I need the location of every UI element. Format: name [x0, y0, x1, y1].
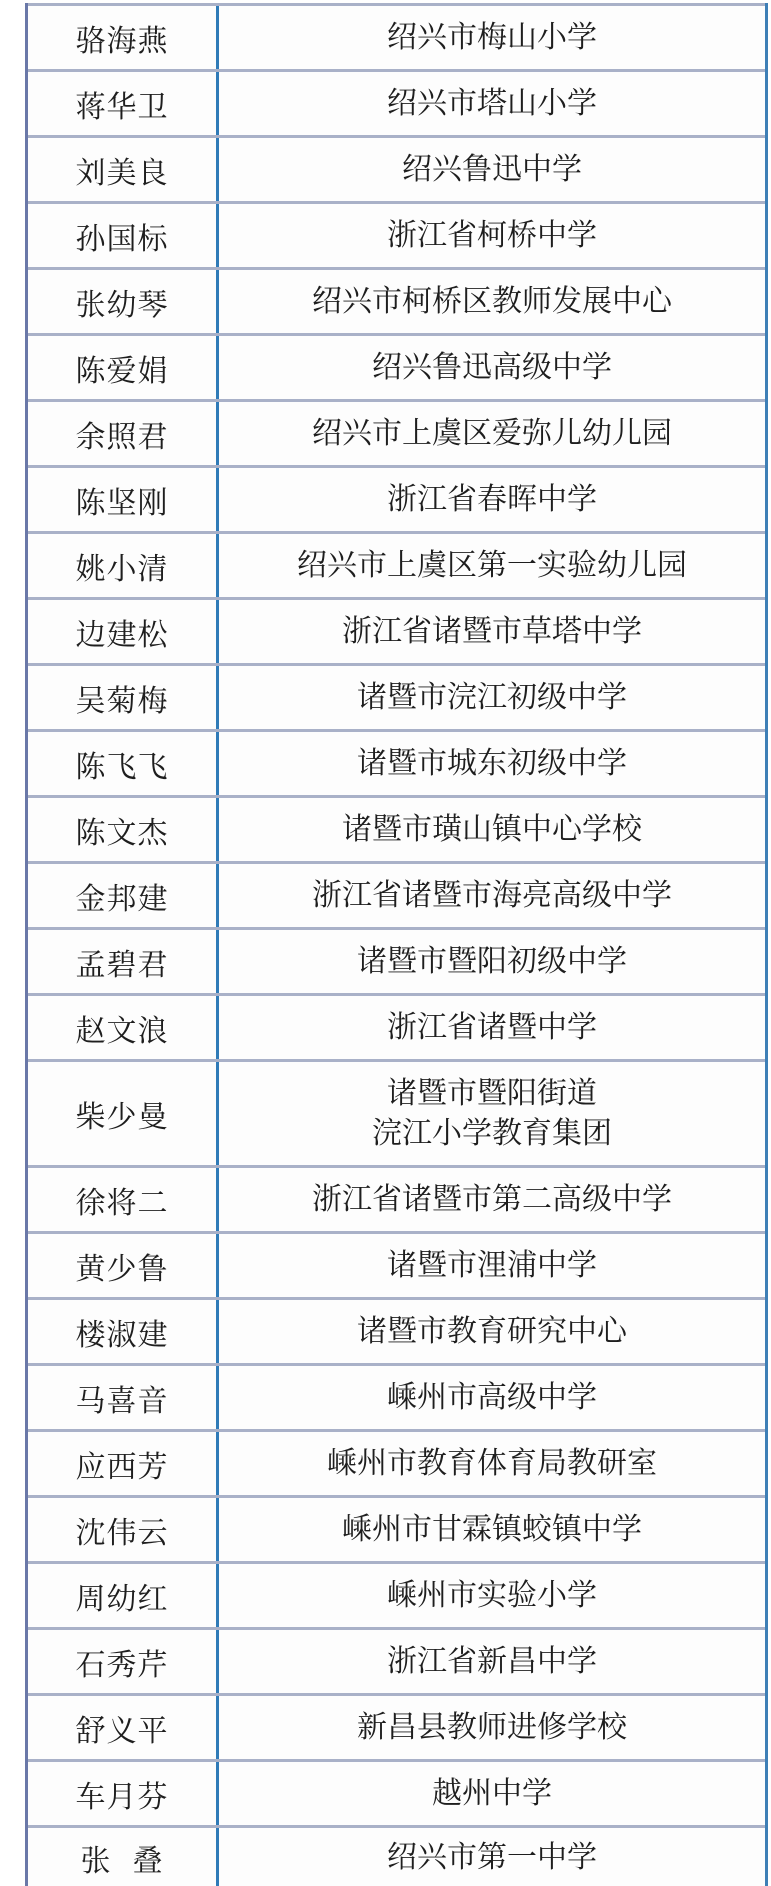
- school-cell: 绍兴市上虞区爱弥儿幼儿园: [219, 402, 765, 465]
- school-name-line: 浣江小学教育集团: [372, 1114, 612, 1154]
- table-row: 赵文浪浙江省诸暨中学: [28, 993, 765, 1059]
- school-name-line: 绍兴市第一中学: [387, 1838, 597, 1878]
- table-row: 徐将二浙江省诸暨市第二高级中学: [28, 1165, 765, 1231]
- teacher-name-cell: 孟碧君: [28, 930, 219, 993]
- school-cell: 绍兴鲁迅中学: [219, 138, 765, 201]
- teacher-name-cell: 车月芬: [28, 1762, 219, 1825]
- school-cell: 诸暨市浬浦中学: [219, 1234, 765, 1297]
- school-cell: 诸暨市暨阳初级中学: [219, 930, 765, 993]
- table-row: 舒义平新昌县教师进修学校: [28, 1693, 765, 1759]
- teacher-name-cell: 孙国标: [28, 204, 219, 267]
- table-row: 陈飞飞诸暨市城东初级中学: [28, 729, 765, 795]
- school-name-line: 新昌县教师进修学校: [357, 1708, 627, 1748]
- table-row: 刘美良绍兴鲁迅中学: [28, 135, 765, 201]
- teacher-name-cell: 楼淑建: [28, 1300, 219, 1363]
- school-name-line: 浙江省新昌中学: [387, 1642, 597, 1682]
- school-cell: 浙江省诸暨市第二高级中学: [219, 1168, 765, 1231]
- table-row: 蒋华卫绍兴市塔山小学: [28, 69, 765, 135]
- table-row: 吴菊梅诸暨市浣江初级中学: [28, 663, 765, 729]
- teacher-name-cell: 陈坚刚: [28, 468, 219, 531]
- school-name-line: 浙江省诸暨市海亮高级中学: [312, 876, 672, 916]
- school-cell: 浙江省诸暨市草塔中学: [219, 600, 765, 663]
- table-row: 骆海燕绍兴市梅山小学: [28, 3, 765, 69]
- school-name-line: 诸暨市暨阳初级中学: [357, 942, 627, 982]
- table-row: 应西芳嵊州市教育体育局教研室: [28, 1429, 765, 1495]
- table-row: 马喜音嵊州市高级中学: [28, 1363, 765, 1429]
- table-row: 孟碧君诸暨市暨阳初级中学: [28, 927, 765, 993]
- table-row: 张幼琴绍兴市柯桥区教师发展中心: [28, 267, 765, 333]
- school-name-line: 绍兴鲁迅高级中学: [372, 348, 612, 388]
- school-name-line: 诸暨市城东初级中学: [357, 744, 627, 784]
- teacher-name-cell: 骆海燕: [28, 6, 219, 69]
- school-cell: 绍兴市上虞区第一实验幼儿园: [219, 534, 765, 597]
- school-cell: 浙江省春晖中学: [219, 468, 765, 531]
- teacher-name-cell: 张 叠: [28, 1828, 219, 1886]
- teacher-name-cell: 柴少曼: [28, 1062, 219, 1165]
- teacher-name-cell: 石秀芹: [28, 1630, 219, 1693]
- teacher-name-cell: 应西芳: [28, 1432, 219, 1495]
- teacher-name-cell: 陈爱娟: [28, 336, 219, 399]
- school-name-line: 诸暨市教育研究中心: [357, 1312, 627, 1352]
- school-cell: 诸暨市暨阳街道浣江小学教育集团: [219, 1062, 765, 1165]
- teacher-name-cell: 陈文杰: [28, 798, 219, 861]
- school-name-line: 嵊州市教育体育局教研室: [327, 1444, 657, 1484]
- teacher-name-cell: 陈飞飞: [28, 732, 219, 795]
- table-row: 石秀芹浙江省新昌中学: [28, 1627, 765, 1693]
- school-cell: 新昌县教师进修学校: [219, 1696, 765, 1759]
- school-name-line: 绍兴市上虞区第一实验幼儿园: [297, 546, 687, 586]
- school-name-line: 嵊州市高级中学: [387, 1378, 597, 1418]
- school-cell: 嵊州市甘霖镇蛟镇中学: [219, 1498, 765, 1561]
- teacher-name-cell: 马喜音: [28, 1366, 219, 1429]
- teacher-name-cell: 刘美良: [28, 138, 219, 201]
- school-name-line: 绍兴鲁迅中学: [402, 150, 582, 190]
- teacher-school-table: 骆海燕绍兴市梅山小学蒋华卫绍兴市塔山小学刘美良绍兴鲁迅中学孙国标浙江省柯桥中学张…: [25, 3, 768, 1886]
- teacher-name-cell: 姚小清: [28, 534, 219, 597]
- table-row: 孙国标浙江省柯桥中学: [28, 201, 765, 267]
- school-cell: 浙江省诸暨中学: [219, 996, 765, 1059]
- school-cell: 绍兴市塔山小学: [219, 72, 765, 135]
- school-cell: 绍兴市柯桥区教师发展中心: [219, 270, 765, 333]
- teacher-name-cell: 徐将二: [28, 1168, 219, 1231]
- school-name-line: 诸暨市浬浦中学: [387, 1246, 597, 1286]
- school-cell: 嵊州市教育体育局教研室: [219, 1432, 765, 1495]
- school-name-line: 浙江省诸暨市草塔中学: [342, 612, 642, 652]
- school-cell: 绍兴市第一中学: [219, 1828, 765, 1886]
- teacher-name-cell: 边建松: [28, 600, 219, 663]
- table-row: 黄少鲁诸暨市浬浦中学: [28, 1231, 765, 1297]
- table-row: 余照君绍兴市上虞区爱弥儿幼儿园: [28, 399, 765, 465]
- teacher-name-cell: 黄少鲁: [28, 1234, 219, 1297]
- teacher-name-cell: 余照君: [28, 402, 219, 465]
- school-name-line: 绍兴市上虞区爱弥儿幼儿园: [312, 414, 672, 454]
- teacher-name-cell: 蒋华卫: [28, 72, 219, 135]
- school-name-line: 诸暨市暨阳街道: [387, 1074, 597, 1114]
- school-name-line: 越州中学: [432, 1774, 552, 1814]
- table-row: 柴少曼诸暨市暨阳街道浣江小学教育集团: [28, 1059, 765, 1165]
- school-name-line: 浙江省春晖中学: [387, 480, 597, 520]
- school-name-line: 绍兴市梅山小学: [387, 18, 597, 58]
- table-row: 陈坚刚浙江省春晖中学: [28, 465, 765, 531]
- school-cell: 诸暨市教育研究中心: [219, 1300, 765, 1363]
- table-row: 陈爱娟绍兴鲁迅高级中学: [28, 333, 765, 399]
- school-cell: 绍兴市梅山小学: [219, 6, 765, 69]
- school-name-line: 浙江省诸暨中学: [387, 1008, 597, 1048]
- school-cell: 诸暨市浣江初级中学: [219, 666, 765, 729]
- school-name-line: 诸暨市浣江初级中学: [357, 678, 627, 718]
- school-name-line: 绍兴市塔山小学: [387, 84, 597, 124]
- teacher-name-cell: 周幼红: [28, 1564, 219, 1627]
- table-row: 陈文杰诸暨市璜山镇中心学校: [28, 795, 765, 861]
- school-name-line: 浙江省柯桥中学: [387, 216, 597, 256]
- table-row: 张 叠绍兴市第一中学: [28, 1825, 765, 1886]
- school-cell: 诸暨市璜山镇中心学校: [219, 798, 765, 861]
- table-row: 沈伟云嵊州市甘霖镇蛟镇中学: [28, 1495, 765, 1561]
- teacher-name-cell: 舒义平: [28, 1696, 219, 1759]
- table-row: 边建松浙江省诸暨市草塔中学: [28, 597, 765, 663]
- table-row: 姚小清绍兴市上虞区第一实验幼儿园: [28, 531, 765, 597]
- teacher-name-cell: 金邦建: [28, 864, 219, 927]
- school-cell: 嵊州市实验小学: [219, 1564, 765, 1627]
- school-cell: 嵊州市高级中学: [219, 1366, 765, 1429]
- school-cell: 浙江省诸暨市海亮高级中学: [219, 864, 765, 927]
- school-cell: 诸暨市城东初级中学: [219, 732, 765, 795]
- teacher-name-cell: 张幼琴: [28, 270, 219, 333]
- table-row: 金邦建浙江省诸暨市海亮高级中学: [28, 861, 765, 927]
- school-cell: 浙江省柯桥中学: [219, 204, 765, 267]
- table-row: 车月芬越州中学: [28, 1759, 765, 1825]
- table-row: 楼淑建诸暨市教育研究中心: [28, 1297, 765, 1363]
- teacher-name-cell: 沈伟云: [28, 1498, 219, 1561]
- school-name-line: 浙江省诸暨市第二高级中学: [312, 1180, 672, 1220]
- school-cell: 越州中学: [219, 1762, 765, 1825]
- table-row: 周幼红嵊州市实验小学: [28, 1561, 765, 1627]
- teacher-name-cell: 吴菊梅: [28, 666, 219, 729]
- teacher-name-cell: 赵文浪: [28, 996, 219, 1059]
- school-cell: 绍兴鲁迅高级中学: [219, 336, 765, 399]
- school-cell: 浙江省新昌中学: [219, 1630, 765, 1693]
- school-name-line: 诸暨市璜山镇中心学校: [342, 810, 642, 850]
- school-name-line: 嵊州市实验小学: [387, 1576, 597, 1616]
- school-name-line: 嵊州市甘霖镇蛟镇中学: [342, 1510, 642, 1550]
- school-name-line: 绍兴市柯桥区教师发展中心: [312, 282, 672, 322]
